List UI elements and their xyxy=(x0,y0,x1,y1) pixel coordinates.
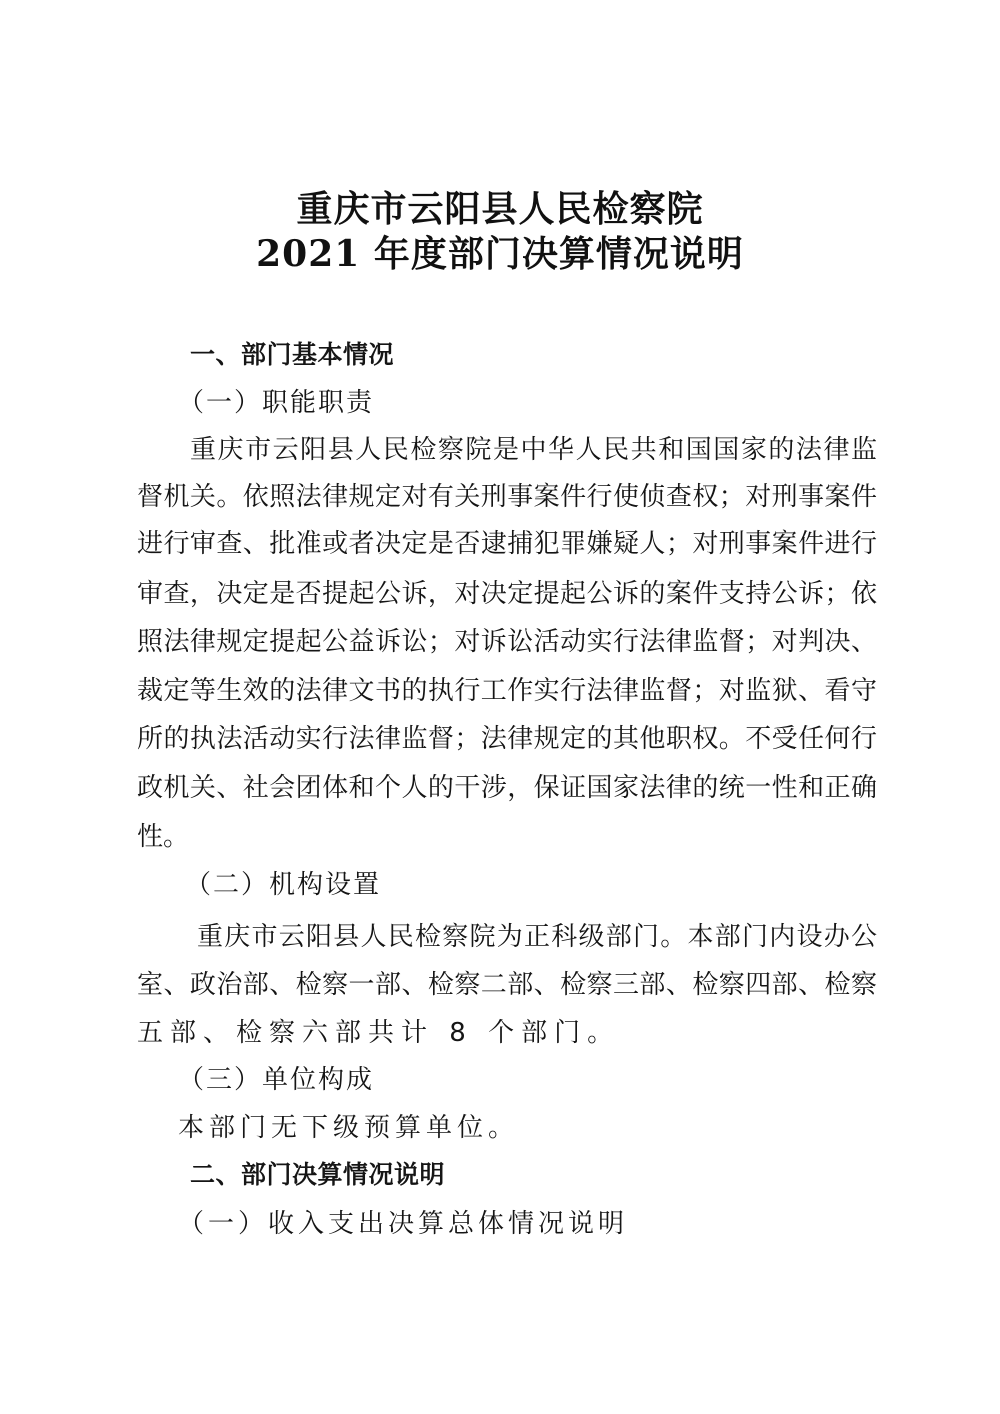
paragraph-line: 政机关、社会团体和个人的干涉，保证国家法律的统一性和正确 xyxy=(137,771,877,805)
document-page: 重庆市云阳县人民检察院 2021 年度部门决算情况说明 一、部门基本情况 （一）… xyxy=(0,0,1000,1414)
paragraph-line: 照法律规定提起公益诉讼；对诉讼活动实行法律监督；对判决、 xyxy=(137,625,877,659)
paragraph-line: 本部门无下级预算单位。 xyxy=(178,1111,918,1145)
paragraph-line: 督机关。依照法律规定对有关刑事案件行使侦查权；对刑事案件 xyxy=(137,480,877,514)
subsection-heading-income-expense: （一）收入支出决算总体情况说明 xyxy=(178,1207,918,1241)
paragraph-line: 五部、检察六部共计 8 个部门。 xyxy=(137,1016,877,1050)
paragraph-line: 室、政治部、检察一部、检察二部、检察三部、检察四部、检察 xyxy=(137,968,877,1002)
section-heading-final-accounts: 二、部门决算情况说明 xyxy=(190,1158,930,1192)
subsection-heading-structure: （二）机构设置 xyxy=(185,868,925,902)
subsection-heading-duties: （一）职能职责 xyxy=(178,386,918,420)
document-title-line2: 2021 年度部门决算情况说明 xyxy=(0,230,1000,278)
paragraph-line: 性。 xyxy=(137,820,877,854)
subsection-heading-composition: （三）单位构成 xyxy=(178,1063,918,1097)
document-title-line1: 重庆市云阳县人民检察院 xyxy=(0,185,1000,233)
paragraph-line: 重庆市云阳县人民检察院是中华人民共和国国家的法律监 xyxy=(190,433,877,467)
paragraph-line: 重庆市云阳县人民检察院为正科级部门。本部门内设办公 xyxy=(197,920,877,954)
paragraph-line: 进行审查、批准或者决定是否逮捕犯罪嫌疑人；对刑事案件进行 xyxy=(137,527,877,561)
paragraph-line: 审查，决定是否提起公诉，对决定提起公诉的案件支持公诉；依 xyxy=(137,577,877,611)
section-heading-basic-info: 一、部门基本情况 xyxy=(190,338,930,372)
paragraph-line: 所的执法活动实行法律监督；法律规定的其他职权。不受任何行 xyxy=(137,722,877,756)
paragraph-line: 裁定等生效的法律文书的执行工作实行法律监督；对监狱、看守 xyxy=(137,674,877,708)
